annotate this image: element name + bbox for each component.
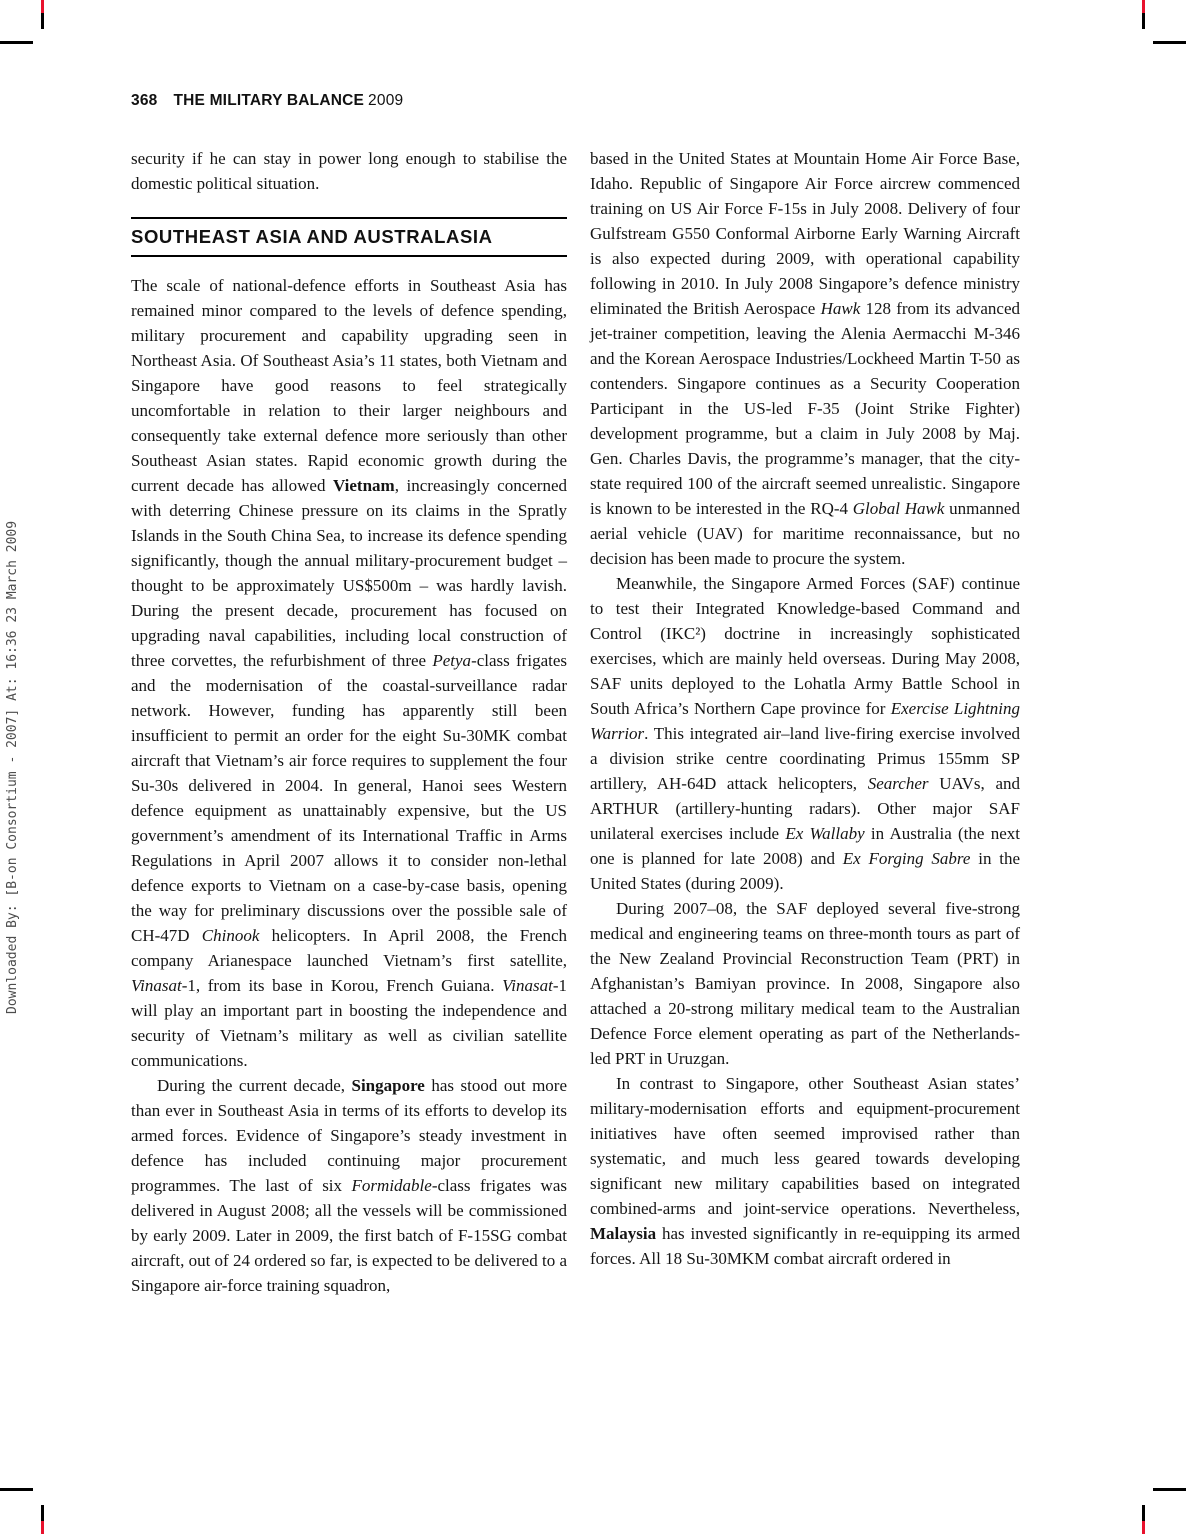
page-header: 368THE MILITARY BALANCE2009 xyxy=(131,92,403,110)
paragraph: The scale of national-defence efforts in… xyxy=(131,273,567,1073)
red-tick xyxy=(41,1521,44,1534)
page-number: 368 xyxy=(131,92,157,109)
journal-page: Downloaded By: [B-on Consortium - 2007] … xyxy=(0,0,1186,1534)
right-column-body: based in the United States at Mountain H… xyxy=(590,146,1020,1271)
crop-line-vertical xyxy=(41,1505,44,1521)
crop-line-horizontal xyxy=(1153,41,1186,44)
crop-line-horizontal xyxy=(0,41,33,44)
text-columns: security if he can stay in power long en… xyxy=(131,146,1020,1298)
paragraph: Meanwhile, the Singapore Armed Forces (S… xyxy=(590,571,1020,896)
crop-line-vertical xyxy=(41,13,44,29)
left-column: security if he can stay in power long en… xyxy=(131,146,567,1298)
paragraph: During 2007–08, the SAF deployed several… xyxy=(590,896,1020,1071)
crop-line-vertical xyxy=(1142,13,1145,29)
crop-line-horizontal xyxy=(0,1488,33,1491)
paragraph: based in the United States at Mountain H… xyxy=(590,146,1020,571)
red-tick xyxy=(1142,0,1145,13)
section-heading: SOUTHEAST ASIA AND AUSTRALASIA xyxy=(131,217,567,257)
crop-line-horizontal xyxy=(1153,1488,1186,1491)
red-tick xyxy=(41,0,44,13)
red-tick xyxy=(1142,1521,1145,1534)
left-column-body: The scale of national-defence efforts in… xyxy=(131,273,567,1298)
publication-title: THE MILITARY BALANCE xyxy=(173,92,364,109)
crop-line-vertical xyxy=(1142,1505,1145,1521)
paragraph: In contrast to Singapore, other Southeas… xyxy=(590,1071,1020,1271)
download-watermark: Downloaded By: [B-on Consortium - 2007] … xyxy=(5,521,20,1014)
paragraph: security if he can stay in power long en… xyxy=(131,146,567,196)
paragraph: During the current decade, Singapore has… xyxy=(131,1073,567,1298)
right-column: based in the United States at Mountain H… xyxy=(590,146,1020,1298)
publication-year: 2009 xyxy=(368,92,403,109)
left-column-lead: security if he can stay in power long en… xyxy=(131,146,567,196)
